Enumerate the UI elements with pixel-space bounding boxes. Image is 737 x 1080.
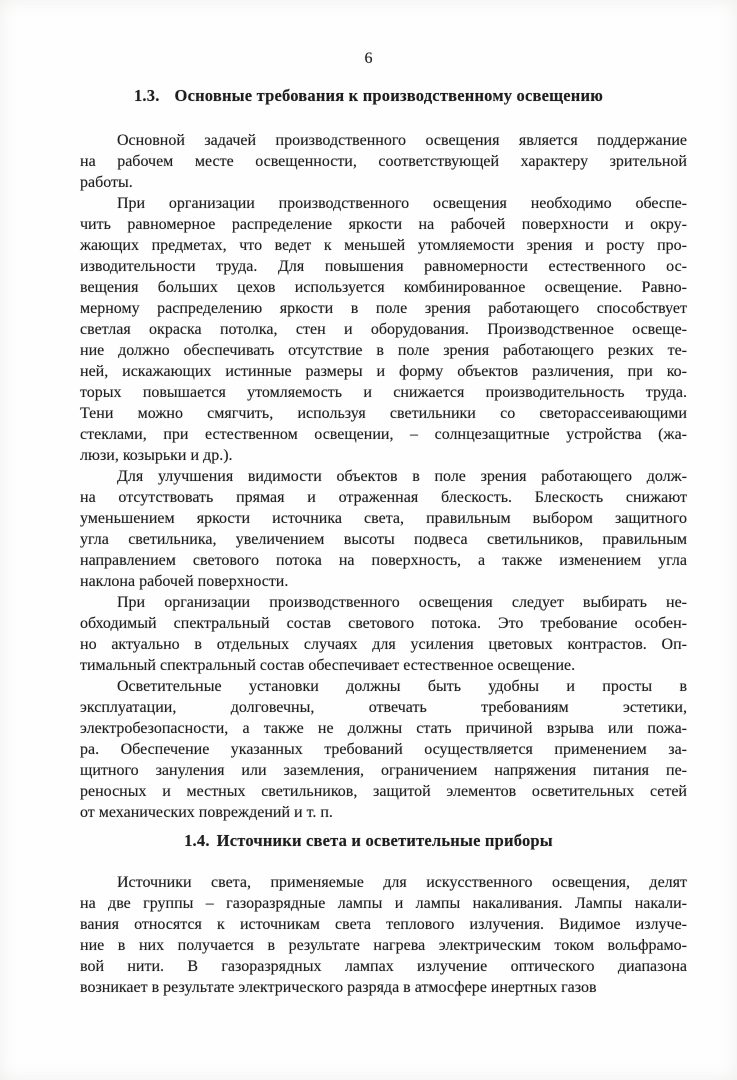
text-line: Источники света, применяемые для искусст… xyxy=(80,872,687,893)
text-line: щитного зануления или заземления, ограни… xyxy=(80,760,687,781)
text-line: вой нити. В газоразрядных лампах излучен… xyxy=(80,956,687,977)
text-line: реносных и местных светильников, защитой… xyxy=(80,781,687,802)
text-line: тимальный спектральный состав обеспечива… xyxy=(80,655,687,676)
text-line: от механических повреждений и т. п. xyxy=(80,802,687,823)
heading-title: Основные требования к производственному … xyxy=(175,86,604,105)
text-line: вещения больших цехов используется комби… xyxy=(80,277,687,298)
text-line: на отсутствовать прямая и отраженная бле… xyxy=(80,487,687,508)
text-line: изводительности труда. Для повышения рав… xyxy=(80,256,687,277)
text-line: эксплуатации, долговечны, отвечать требо… xyxy=(80,697,687,718)
heading-number: 1.3. xyxy=(134,86,160,105)
heading-title: Источники света и осветительные приборы xyxy=(217,831,553,850)
text-line: Тени можно смягчить, используя светильни… xyxy=(80,403,687,424)
text-line: уменьшением яркости источника света, пра… xyxy=(80,508,687,529)
paragraph-4: При организации производственного освеще… xyxy=(80,592,687,676)
text-line: возникает в результате электрического ра… xyxy=(80,977,687,998)
text-line: торых повышается утомляемость и снижаетс… xyxy=(80,382,687,403)
text-line: люзи, козырьки и др.). xyxy=(80,445,687,466)
document-page: 6 1.3.Основные требования к производстве… xyxy=(0,0,737,1080)
text-line: на рабочем месте освещенности, соответст… xyxy=(80,151,687,172)
text-line: Основной задачей производственного освещ… xyxy=(80,130,687,151)
paragraph-2: При организации производственного освеще… xyxy=(80,193,687,466)
text-line: При организации производственного освеще… xyxy=(80,592,687,613)
text-line: светлая окраска потолка, стен и оборудов… xyxy=(80,319,687,340)
text-line: жающих предметах, что ведет к меньшей ут… xyxy=(80,235,687,256)
text-line: ние в них получается в результате нагрев… xyxy=(80,935,687,956)
text-line: электробезопасности, а также не должны с… xyxy=(80,718,687,739)
text-line: Осветительные установки должны быть удоб… xyxy=(80,676,687,697)
text-line: наклона рабочей поверхности. xyxy=(80,571,687,592)
text-line: ней, искажающих истинные размеры и форму… xyxy=(80,361,687,382)
text-line: чить равномерное распределение яркости н… xyxy=(80,214,687,235)
text-line: на две группы – газоразрядные лампы и ла… xyxy=(80,893,687,914)
section-1-4-body: Источники света, применяемые для искусст… xyxy=(80,872,687,998)
page-number: 6 xyxy=(0,0,737,68)
paragraph-3: Для улучшения видимости объектов в поле … xyxy=(80,466,687,592)
paragraph-1: Основной задачей производственного освещ… xyxy=(80,130,687,193)
text-line: Для улучшения видимости объектов в поле … xyxy=(80,466,687,487)
heading-number: 1.4. xyxy=(184,831,210,850)
text-line: мерному распределению яркости в поле зре… xyxy=(80,298,687,319)
section-heading-1-4: 1.4.Источники света и осветительные приб… xyxy=(0,830,737,851)
paragraph-6: Источники света, применяемые для искусст… xyxy=(80,872,687,998)
text-line: угла светильника, увеличением высоты под… xyxy=(80,529,687,550)
text-line: стеклами, при естественном освещении, – … xyxy=(80,424,687,445)
paragraph-5: Осветительные установки должны быть удоб… xyxy=(80,676,687,823)
text-line: При организации производственного освеще… xyxy=(80,193,687,214)
text-line: работы. xyxy=(80,172,687,193)
text-line: ра. Обеспечение указанных требований осу… xyxy=(80,739,687,760)
text-line: направлением светового потока на поверхн… xyxy=(80,550,687,571)
text-line: но актуально в отдельных случаях для уси… xyxy=(80,634,687,655)
text-line: вания относятся к источникам света тепло… xyxy=(80,914,687,935)
section-heading-1-3: 1.3.Основные требования к производственн… xyxy=(0,85,737,106)
section-1-3-body: Основной задачей производственного освещ… xyxy=(80,130,687,823)
text-line: обходимый спектральный состав светового … xyxy=(80,613,687,634)
text-line: ние должно обеспечивать отсутствие в пол… xyxy=(80,340,687,361)
